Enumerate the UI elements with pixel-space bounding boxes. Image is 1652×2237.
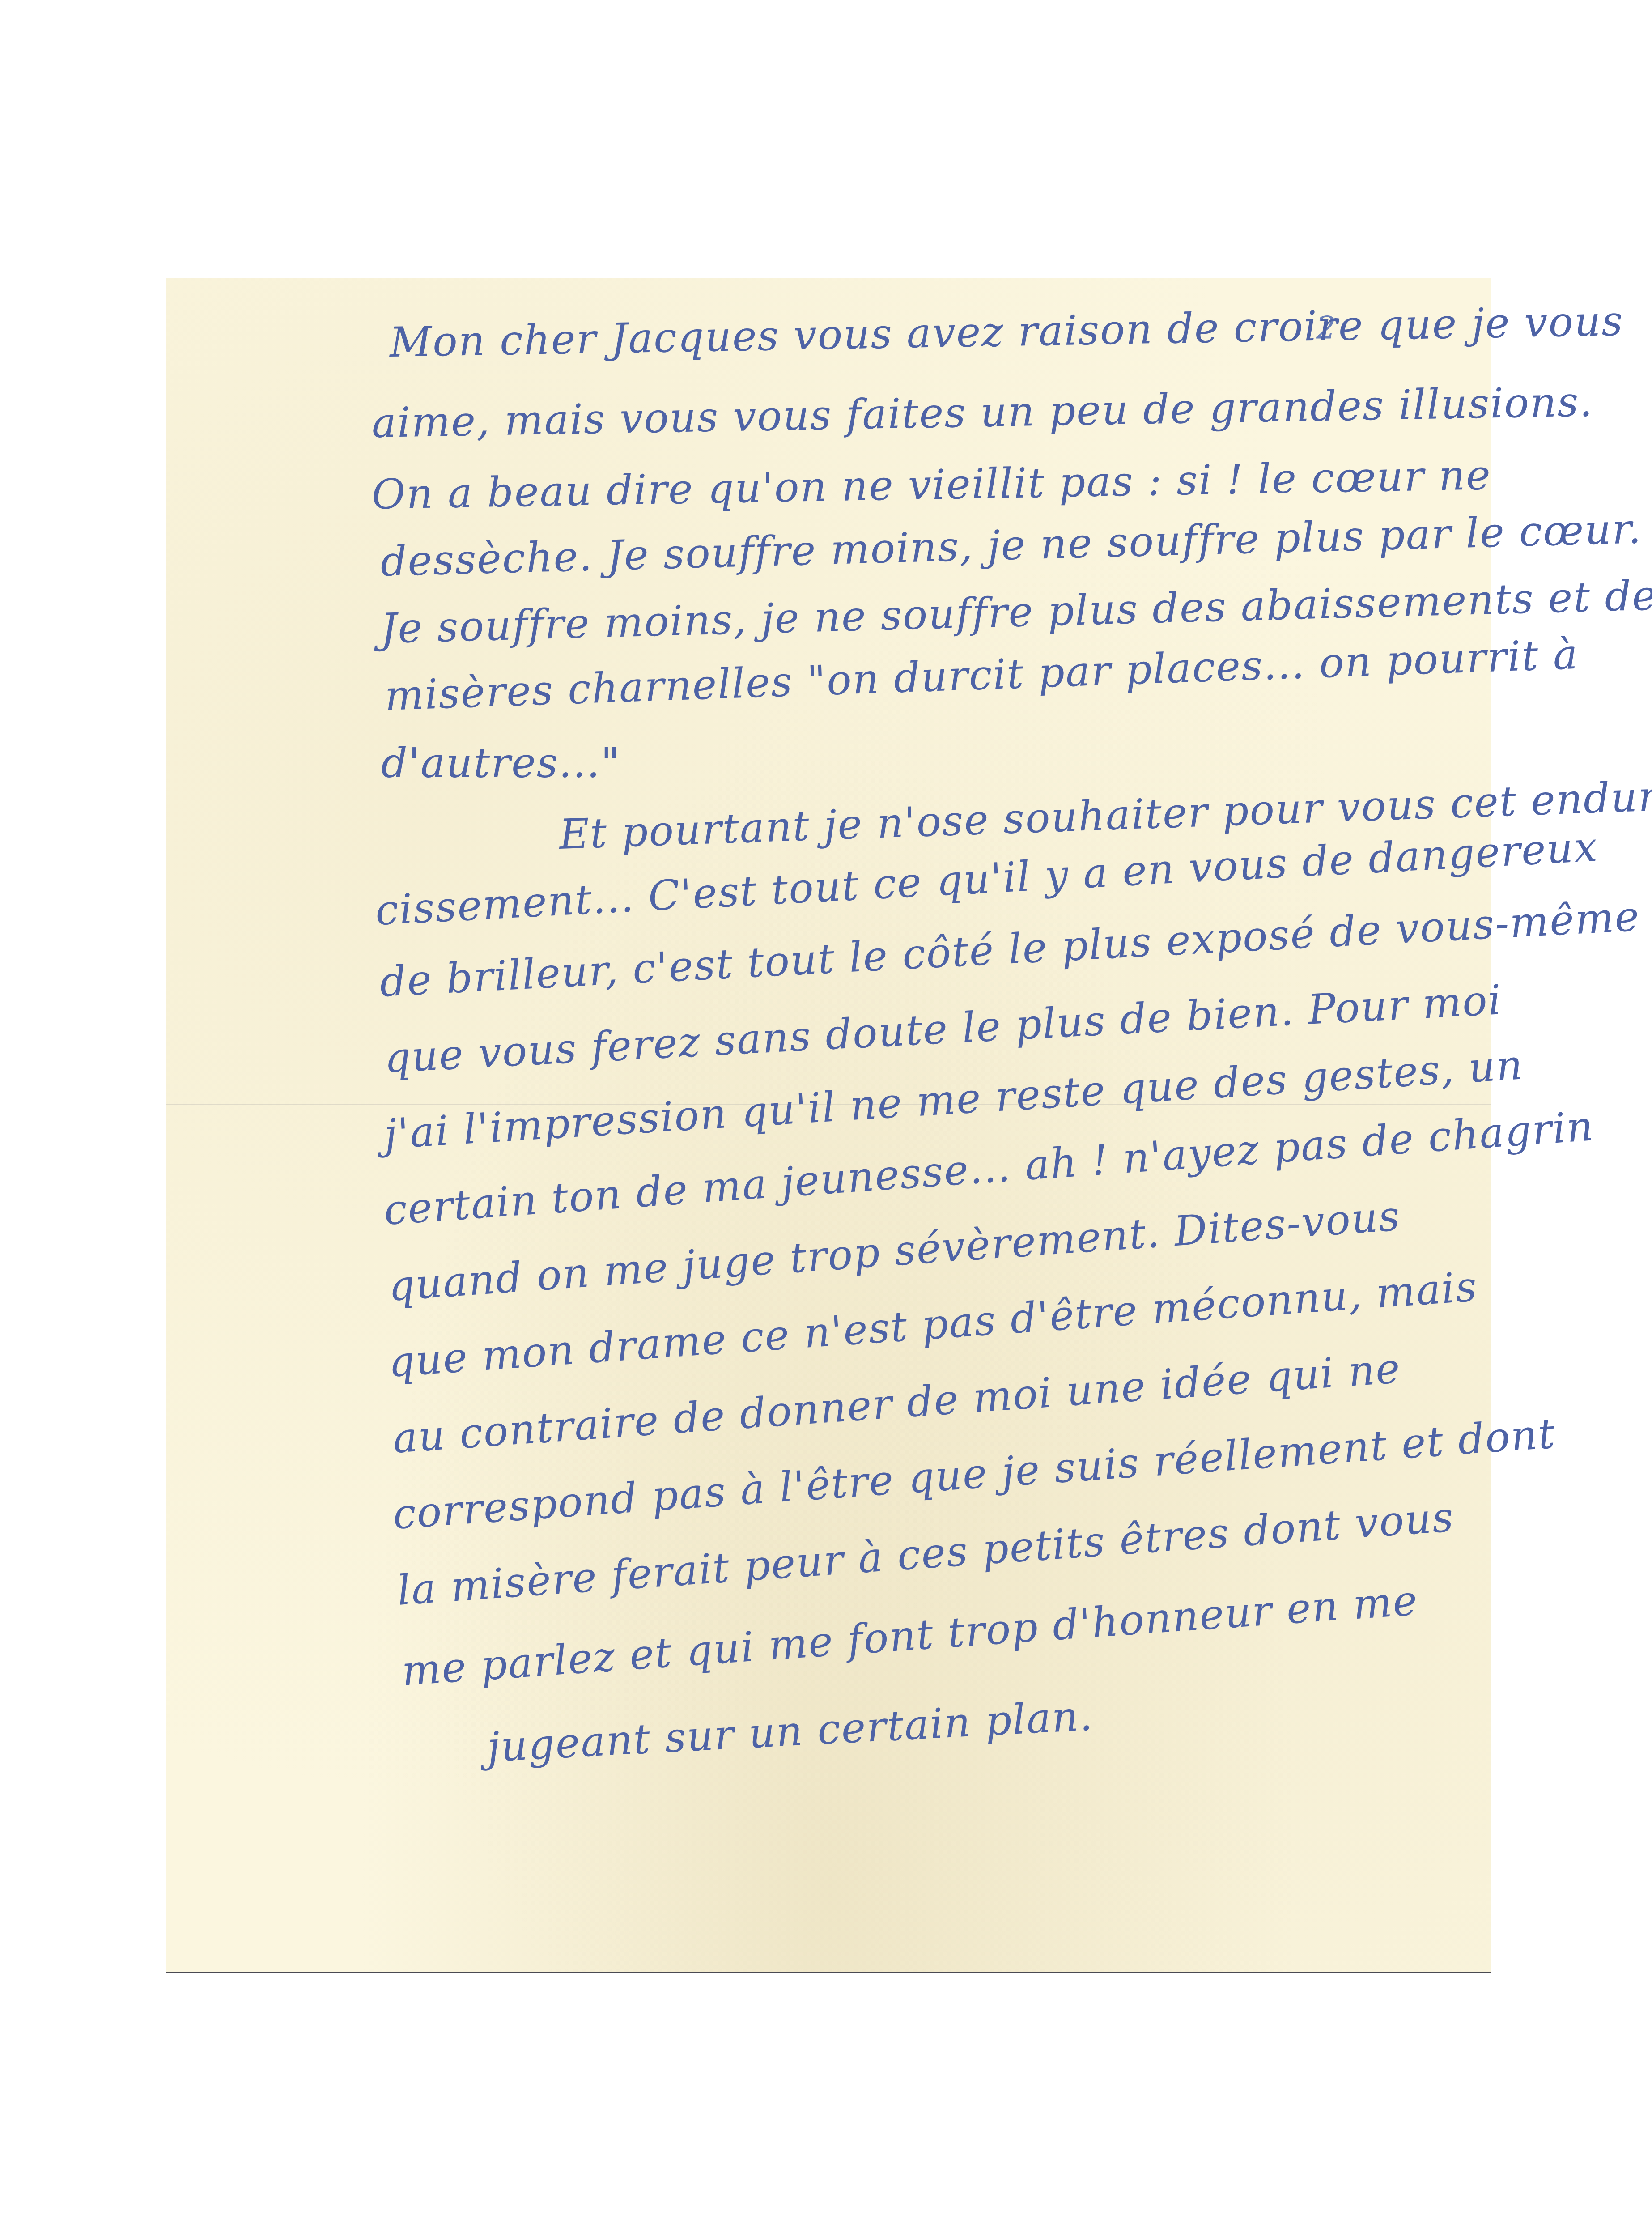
letter-line: jugeant sur un certain plan. xyxy=(486,1692,1094,1771)
letter-line: d'autres..." xyxy=(381,739,620,787)
letter-line: Mon cher Jacques vous avez raison de cro… xyxy=(389,297,1624,366)
letter-line: aime, mais vous vous faites un peu de gr… xyxy=(371,378,1593,447)
letter-page: 2 Mon cher Jacques vous avez raison de c… xyxy=(166,278,1491,1972)
letter-line: dessèche. Je souffre moins, je ne souffr… xyxy=(380,505,1643,586)
letter-line: On a beau dire qu'on ne vieillit pas : s… xyxy=(371,451,1492,519)
